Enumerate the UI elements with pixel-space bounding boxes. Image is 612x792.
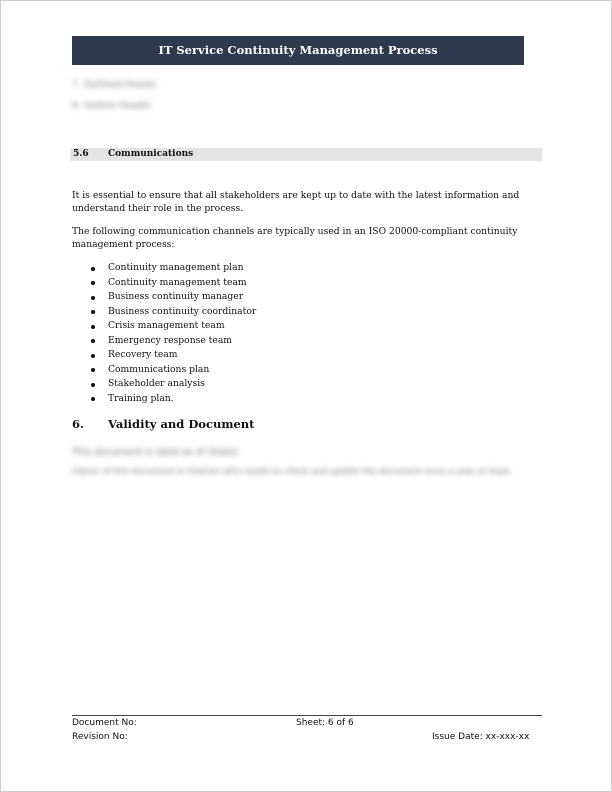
bullet-icon bbox=[91, 383, 95, 387]
list-item: Communications plan bbox=[88, 363, 256, 378]
list-item: Training plan. bbox=[88, 392, 256, 407]
footer-divider bbox=[72, 715, 542, 716]
list-item: Business continuity coordinator bbox=[88, 305, 256, 320]
blurred-line: 7. Outlined Header bbox=[72, 80, 157, 90]
blurred-line: This document is Valid as of (Date) bbox=[72, 447, 238, 458]
paragraph-channels: The following communication channels are… bbox=[72, 225, 542, 251]
paragraph-stakeholders: It is essential to ensure that all stake… bbox=[72, 189, 542, 215]
list-item: Recovery team bbox=[88, 348, 256, 363]
section-number: 5.6 bbox=[73, 148, 89, 161]
bullet-icon bbox=[91, 368, 95, 372]
document-title: IT Service Continuity Management Process bbox=[158, 43, 437, 57]
bullet-icon bbox=[91, 325, 95, 329]
bullet-icon bbox=[91, 281, 95, 285]
issue-date: Issue Date: xx-xxx-xx bbox=[432, 731, 529, 743]
sheet-number: Sheet: 6 of 6 bbox=[296, 717, 354, 729]
blurred-line: 8. Outline Header bbox=[72, 101, 152, 111]
bullet-icon bbox=[91, 354, 95, 358]
list-item: Business continuity manager bbox=[88, 290, 256, 305]
section-title: Communications bbox=[108, 148, 193, 161]
bullet-icon bbox=[91, 339, 95, 343]
list-item: Stakeholder analysis bbox=[88, 377, 256, 392]
bullet-icon bbox=[91, 267, 95, 271]
section-heading-5-6: 5.6 Communications bbox=[70, 148, 542, 161]
document-header-bar: IT Service Continuity Management Process bbox=[72, 36, 524, 65]
list-item: Emergency response team bbox=[88, 334, 256, 349]
bullet-icon bbox=[91, 310, 95, 314]
list-item: Crisis management team bbox=[88, 319, 256, 334]
list-item: Continuity management plan bbox=[88, 261, 256, 276]
document-no-label: Document No: bbox=[72, 717, 137, 729]
blurred-paragraph: Owner of this document is (Owner) who ne… bbox=[72, 466, 522, 479]
section-title: Validity and Document bbox=[108, 417, 255, 431]
channels-list: Continuity management plan Continuity ma… bbox=[88, 261, 256, 406]
list-item: Continuity management team bbox=[88, 276, 256, 291]
revision-no-label: Revision No: bbox=[72, 731, 128, 743]
section-number: 6. bbox=[72, 417, 84, 431]
bullet-icon bbox=[91, 296, 95, 300]
bullet-icon bbox=[91, 397, 95, 401]
